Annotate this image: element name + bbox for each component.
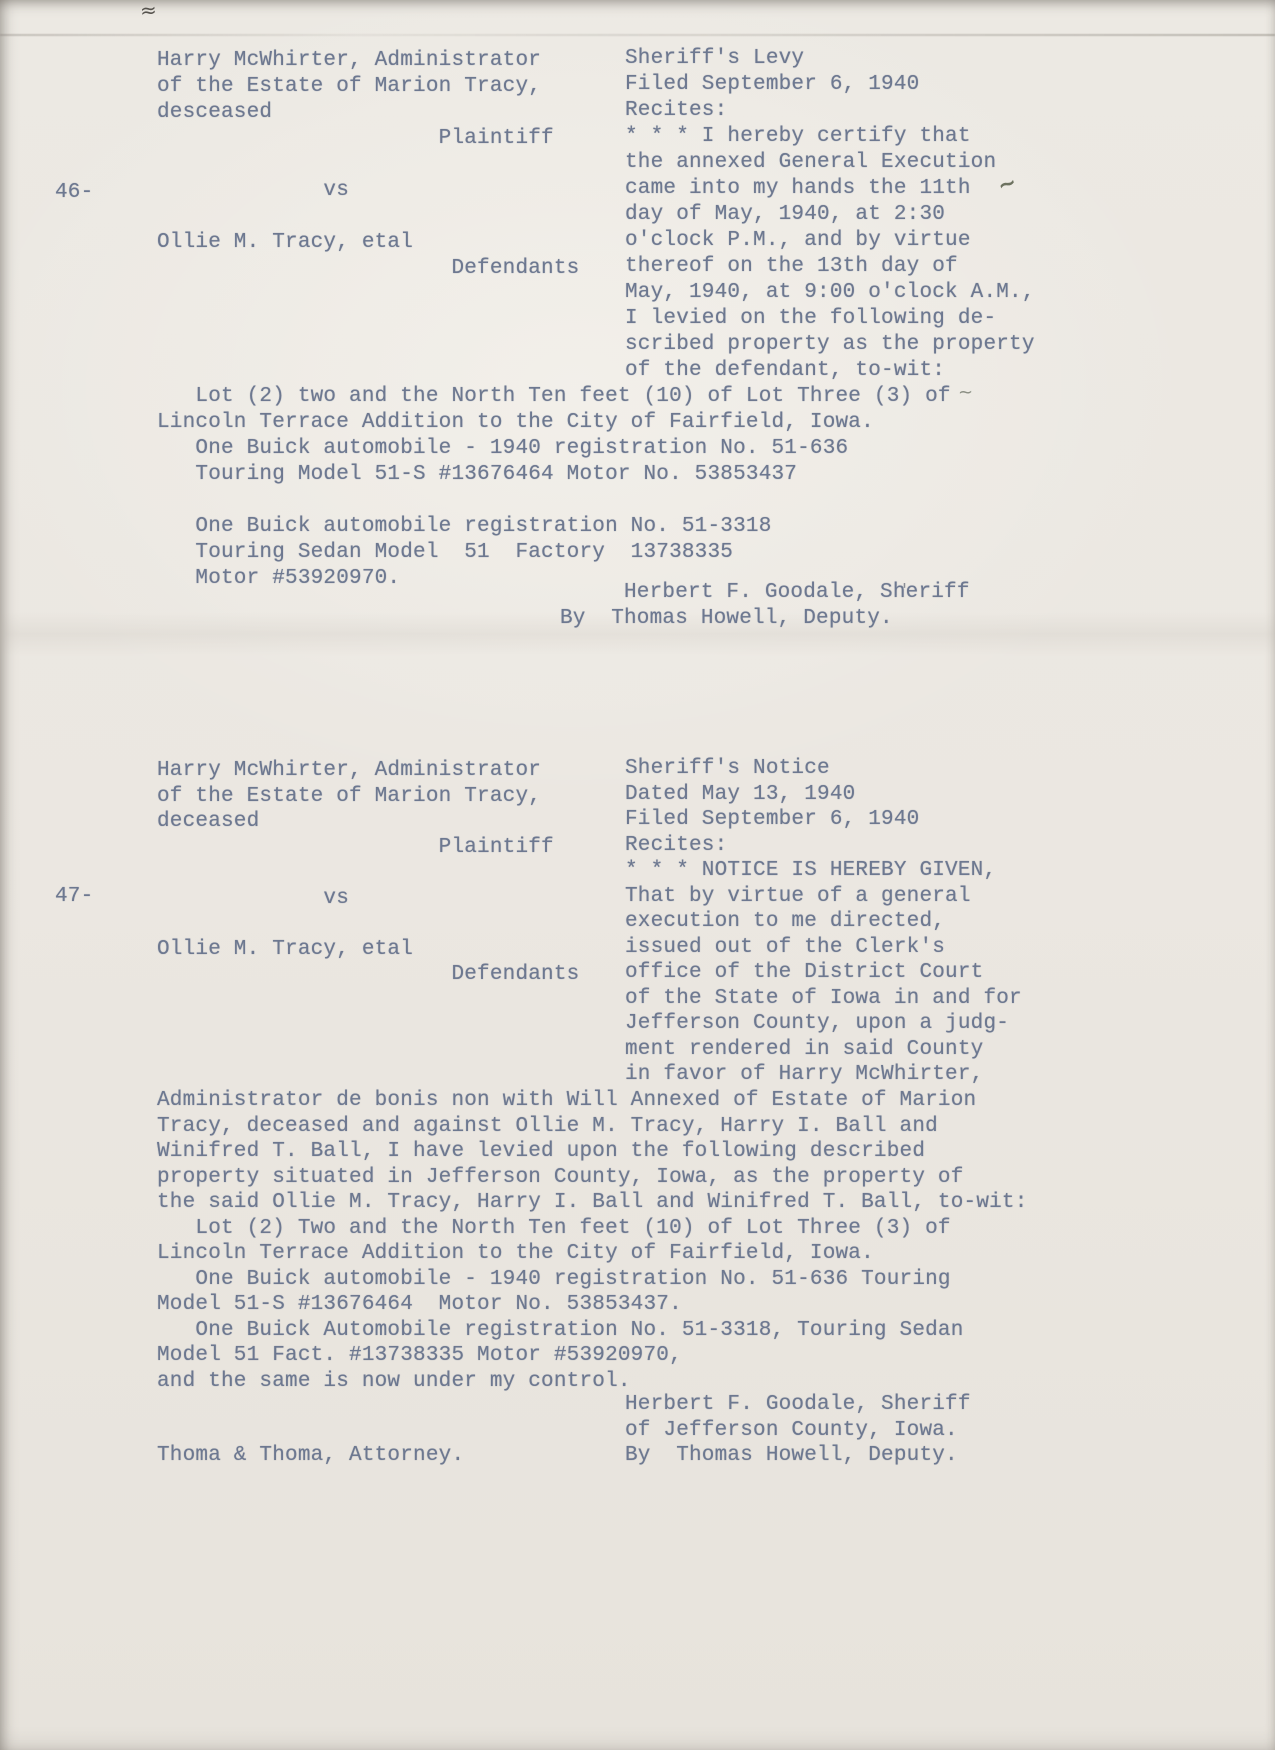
recital-column: Sheriff's Levy Filed September 6, 1940 R… <box>625 46 1035 384</box>
signature-block: Herbert F. Goodale, Sheriff of Jefferson… <box>625 1392 971 1469</box>
levy-description: Lot (2) two and the North Ten feet (10) … <box>157 384 951 592</box>
recital-column: Sheriff's Notice Dated May 13, 1940 File… <box>625 756 1022 1088</box>
case-caption: Harry McWhirter, Administrator of the Es… <box>157 48 579 282</box>
case-caption: Harry McWhirter, Administrator of the Es… <box>157 758 579 988</box>
entry-number: 46- <box>55 180 93 206</box>
paper-page: ≈ ~ ~ ' 46- Harry McWhirter, Administrat… <box>0 0 1275 1750</box>
scanned-court-record-page: { "document": { "kind": "typewritten cou… <box>0 0 1275 1750</box>
levy-description: Administrator de bonis non with Will Ann… <box>157 1088 1028 1394</box>
pencil-mark: ~ <box>958 382 973 403</box>
paper-crease-top <box>0 34 1275 36</box>
signature-block: Herbert F. Goodale, Sheriff By Thomas Ho… <box>560 580 970 632</box>
attorney-line: Thoma & Thoma, Attorney. <box>157 1443 464 1469</box>
entry-number: 47- <box>55 884 93 910</box>
pencil-mark: ≈ <box>139 0 157 23</box>
